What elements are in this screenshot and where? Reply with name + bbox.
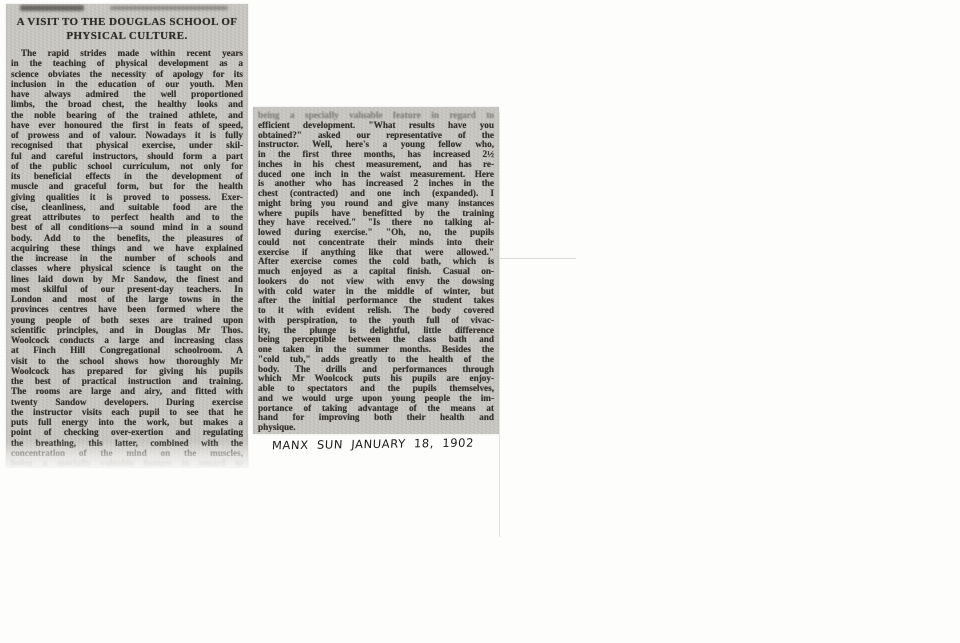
article-text-line: best of all conditions—a sound mind in a…	[11, 222, 243, 232]
article-text-line: provinces centres have been formed where…	[11, 304, 243, 314]
article-text-line: London and most of the large towns in th…	[11, 294, 243, 304]
article-text-line: the increase in the number of schools an…	[11, 253, 243, 263]
article-text-line: ful and careful instructors, should form…	[11, 151, 243, 161]
article-text-line: might bring you round and give many inst…	[258, 199, 494, 209]
headline-line-1: A VISIT TO THE DOUGLAS SCHOOL OF	[10, 16, 244, 30]
article-text-line: of prowess and of valour. Nowadays it is…	[11, 130, 243, 140]
article-text-line: great attributes to perfect health and t…	[11, 212, 243, 222]
article-text-line: "cold tub," adds greatly to the health o…	[258, 355, 494, 365]
scanned-page: A VISIT TO THE DOUGLAS SCHOOL OF PHYSICA…	[0, 0, 960, 643]
newspaper-clipping-right: being a specially valuable feature in re…	[253, 107, 499, 434]
article-text-line: the breathing, this latter, combined wit…	[11, 438, 243, 448]
article-column-left: The rapid strides made within recent yea…	[6, 45, 248, 467]
article-text-line: concentration of the mind on the muscles…	[11, 448, 243, 458]
article-text-line: inclusion in the education of our youth.…	[11, 79, 243, 89]
article-text-line: could not concentrate their minds into t…	[258, 238, 494, 248]
article-text-line: exercise if anything like that were allo…	[258, 248, 494, 258]
article-text-line: its beneficial effects in the developmen…	[11, 171, 243, 181]
article-text-line: with perspiration, to the youth full of …	[258, 316, 494, 326]
article-headline: A VISIT TO THE DOUGLAS SCHOOL OF PHYSICA…	[10, 16, 244, 43]
article-text-line: lookers do not view with envy the dowsin…	[258, 277, 494, 287]
article-text-line: After exercise comes the cold bath, whic…	[258, 257, 494, 267]
article-text-line: classes where physical science is taught…	[11, 263, 243, 273]
article-text-line: the noble bearing of the trained athlete…	[11, 110, 243, 120]
article-column-right: being a specially valuable feature in re…	[253, 107, 499, 433]
article-text-line: with cold water in the middle of winter,…	[258, 287, 494, 297]
article-text-line: being perceptible between the class bath…	[258, 335, 494, 345]
article-text-line: inches in his chest measurement, and has…	[258, 160, 494, 170]
article-text-line: is another who has increased 2 inches in…	[258, 179, 494, 189]
article-text-line: have ever honoured the first in feats of…	[11, 120, 243, 130]
article-text-line: The rapid strides made within recent yea…	[11, 48, 243, 58]
article-text-line: which Mr Woolcock puts his pupils are en…	[258, 374, 494, 384]
headline-line-2: PHYSICAL CULTURE.	[10, 30, 244, 44]
article-text-line: Woolcock has prepared for giving his pup…	[11, 366, 243, 376]
article-text-line: giving qualities it is proved to possess…	[11, 192, 243, 202]
article-text-line: body. The drills and performances throug…	[258, 365, 494, 375]
article-text-line: being a specially valuable feature in re…	[258, 111, 494, 121]
article-text-line: visit to the school shows how thoroughly…	[11, 356, 243, 366]
scan-artifact-horizontal-line	[500, 258, 576, 259]
article-text-line: obtained?" asked our representative of t…	[258, 131, 494, 141]
article-text-line: limbs, the broad chest, the healthy look…	[11, 99, 243, 109]
article-text-line: in the teaching of physical development …	[11, 58, 243, 68]
article-text-line: The rooms are large and airy, and fitted…	[11, 386, 243, 396]
article-text-line: cise, cleanliness, and suitable food are…	[11, 202, 243, 212]
article-text-line: lowed during exercise." "Oh, no, the pup…	[258, 228, 494, 238]
torn-edge-smudge	[110, 6, 228, 10]
newspaper-clipping-left: A VISIT TO THE DOUGLAS SCHOOL OF PHYSICA…	[6, 4, 248, 467]
article-text-line: the instructor visits each pupil to see …	[11, 407, 243, 417]
article-text-line: scientific principles, and in Douglas Mr…	[11, 325, 243, 335]
article-text-line: after the initial performance the studen…	[258, 296, 494, 306]
handwritten-date-annotation: MANX SUN JANUARY 18, 1902	[272, 436, 475, 453]
article-text-line: where pupils have benefitted by the trai…	[258, 209, 494, 219]
article-text-line: portance of taking advantage of the mean…	[258, 404, 494, 414]
article-text-line: they have received." "Is there no talkin…	[258, 218, 494, 228]
article-text-line: Woolcock conducts a large and increasing…	[11, 335, 243, 345]
article-text-line: much enjoyed as a capital finish. Casual…	[258, 267, 494, 277]
article-text-line: of the public school curriculum, not onl…	[11, 161, 243, 171]
article-text-line: in the first three months, has increased…	[258, 150, 494, 160]
article-text-line: being a specially valuable feature in re…	[11, 458, 243, 467]
article-text-line: ity, the plunge is delightful, little di…	[258, 326, 494, 336]
article-text-line: to it with evident relish. The body cove…	[258, 306, 494, 316]
paper-edge-vertical-line	[499, 112, 500, 537]
article-text-line: instructor. Well, here's a young fellow …	[258, 140, 494, 150]
article-text-line: duced one inch in the waist measurement.…	[258, 170, 494, 180]
article-text-line: hand for improving both their health and	[258, 413, 494, 423]
torn-edge-smudge	[20, 5, 84, 11]
article-text-line: body. Add to the benefits, the pleasures…	[11, 233, 243, 243]
article-text-line: point of checking over-exertion and regu…	[11, 427, 243, 437]
article-text-line: science obviates the necessity of apolog…	[11, 69, 243, 79]
article-text-line: have always admired the well proportione…	[11, 89, 243, 99]
article-text-line: chest (contracted) and one inch (expande…	[258, 189, 494, 199]
article-text-line: recognised that physical exercise, under…	[11, 140, 243, 150]
article-text-line: muscle and graceful form, but for the he…	[11, 181, 243, 191]
article-text-line: twenty Sandow developers. During exercis…	[11, 397, 243, 407]
article-text-line: puts full energy into the work, but make…	[11, 417, 243, 427]
article-text-line: able to spectators and the pupils themse…	[258, 384, 494, 394]
article-text-line: most skilful of our present-day teachers…	[11, 284, 243, 294]
article-text-line: at Finch Hill Congregational schoolroom.…	[11, 345, 243, 355]
article-text-line: the best of practical instruction and tr…	[11, 376, 243, 386]
article-text-line: physique.	[258, 423, 494, 433]
article-text-line: young people of both sexes are trained u…	[11, 315, 243, 325]
article-text-line: one taken in the summer months. Besides …	[258, 345, 494, 355]
article-text-line: lines laid down by Mr Sandow, the finest…	[11, 274, 243, 284]
article-text-line: and we would urge upon young people the …	[258, 394, 494, 404]
article-text-line: acquiring these things and we have expla…	[11, 243, 243, 253]
article-text-line: efficient development. "What results hav…	[258, 121, 494, 131]
